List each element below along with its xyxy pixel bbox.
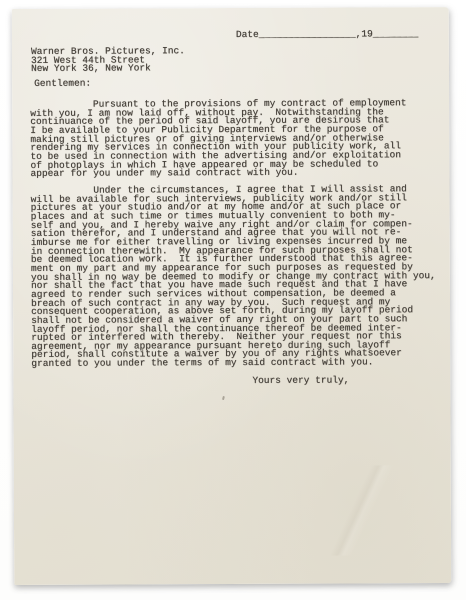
paragraph-employment-layoff: Pursuant to the provisions of my contrac… [30,99,407,179]
salutation: Gentlemen: [34,80,91,89]
closing-salutation: Yours very truly, [252,376,349,385]
ink-speckle [222,396,225,400]
paragraph-agreement-terms: Under the circumstances, I agree that I … [31,185,437,369]
date-line: Date_________________,19________ [236,30,418,39]
recipient-address: Warner Bros. Pictures, Inc. 321 West 44t… [31,47,185,74]
scanned-letter-background: Date_________________,19________ Warner … [0,0,466,600]
paper-crease [283,465,433,556]
letter-paper: Date_________________,19________ Warner … [12,7,452,585]
